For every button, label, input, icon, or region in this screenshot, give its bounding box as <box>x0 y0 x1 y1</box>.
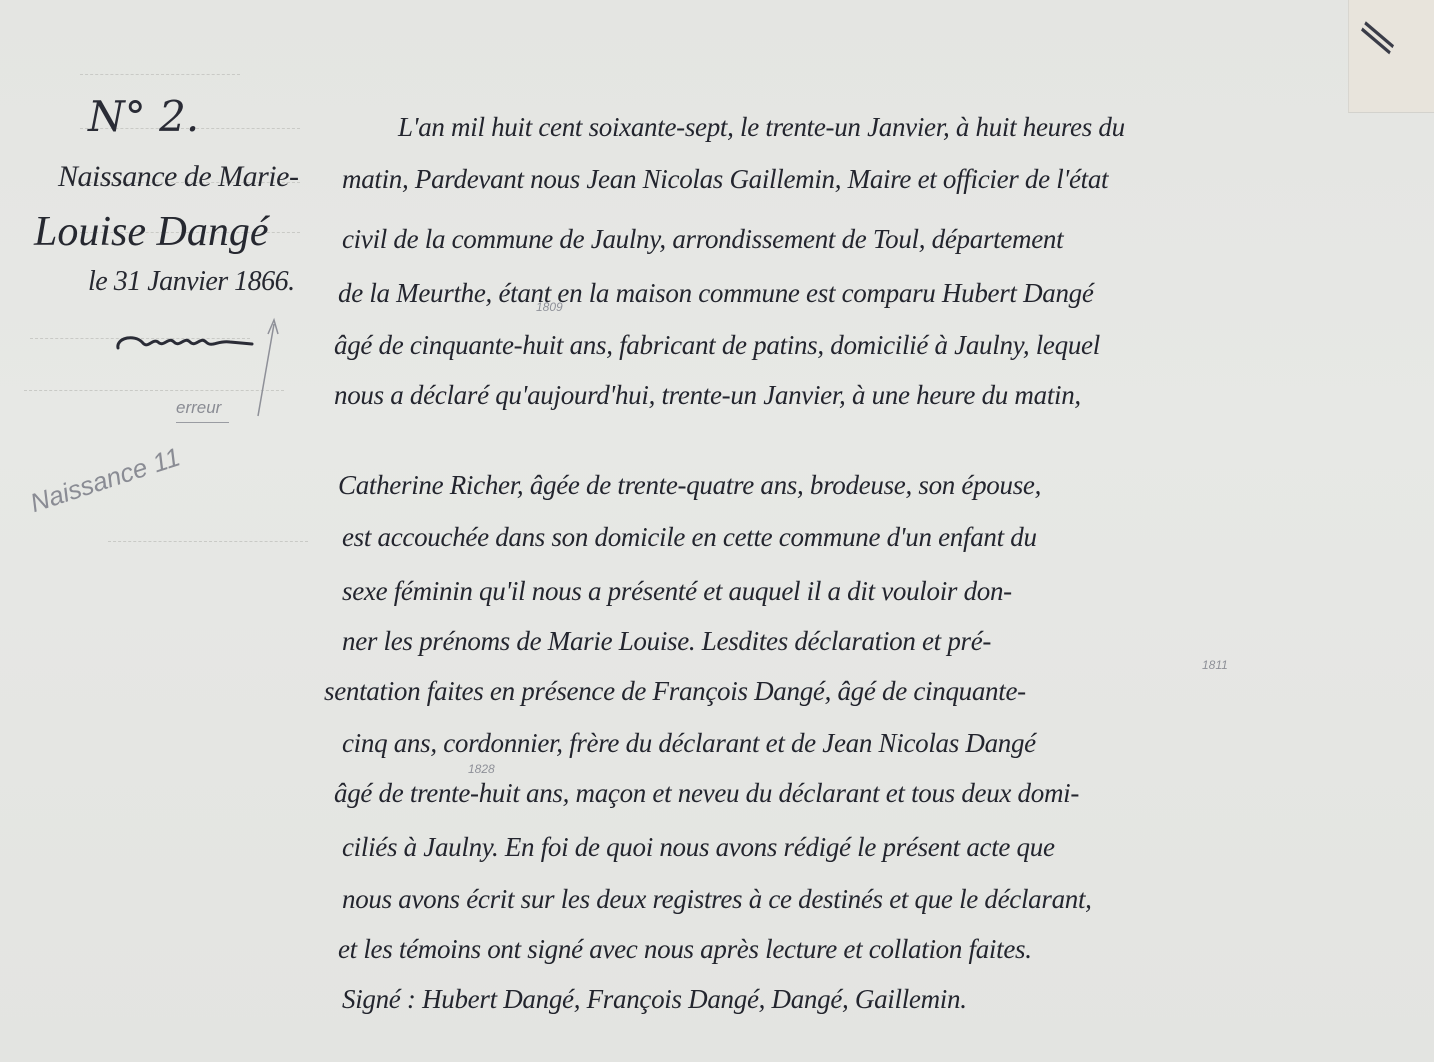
flourish-icon <box>112 320 262 360</box>
body-line-12: cinq ans, cordonnier, frère du déclarant… <box>342 728 1036 759</box>
body-line-14: ciliés à Jaulny. En foi de quoi nous avo… <box>342 832 1055 863</box>
body-line-3: civil de la commune de Jaulny, arrondiss… <box>342 224 1063 255</box>
body-line-11: sentation faites en présence de François… <box>324 676 1026 707</box>
body-line-13: âgé de trente-huit ans, maçon et neveu d… <box>334 778 1079 809</box>
document-page: // N° 2. Naissance de Marie- Louise Dang… <box>0 0 1434 1062</box>
body-line-5: âgé de cinquante-huit ans, fabricant de … <box>334 330 1100 361</box>
pencil-arrow-icon <box>252 310 282 420</box>
body-line-7: Catherine Richer, âgée de trente-quatre … <box>338 470 1041 501</box>
body-line-1: L'an mil huit cent soixante-sept, le tre… <box>398 112 1125 143</box>
margin-date-line: le 31 Janvier 1866. <box>88 266 295 298</box>
body-line-15: nous avons écrit sur les deux registres … <box>342 884 1092 915</box>
act-number: N° 2. <box>88 92 199 141</box>
body-line-8: est accouchée dans son domicile en cette… <box>342 522 1037 553</box>
paper-tab-corner <box>1348 0 1434 113</box>
record-body: L'an mil huit cent soixante-sept, le tre… <box>320 0 1350 1062</box>
margin-title-line-2: Louise Dangé <box>34 208 269 256</box>
pencil-year-1809: 1809 <box>536 300 563 314</box>
pencil-year-1811: 1811 <box>1202 658 1228 672</box>
body-line-2: matin, Pardevant nous Jean Nicolas Gaill… <box>342 164 1108 195</box>
pencil-note-naissance: Naissance 11 <box>26 441 184 519</box>
body-line-signatures: Signé : Hubert Dangé, François Dangé, Da… <box>342 984 967 1015</box>
body-line-10: ner les prénoms de Marie Louise. Lesdite… <box>342 626 991 657</box>
body-line-9: sexe féminin qu'il nous a présenté et au… <box>342 576 1012 607</box>
pencil-year-1828: 1828 <box>468 762 495 776</box>
pencil-note-erreur: erreur <box>176 398 229 423</box>
body-line-6: nous a déclaré qu'aujourd'hui, trente-un… <box>334 380 1081 411</box>
body-line-16: et les témoins ont signé avec nous après… <box>338 934 1032 965</box>
body-line-4: de la Meurthe, étant en la maison commun… <box>338 278 1094 309</box>
margin-column: N° 2. Naissance de Marie- Louise Dangé l… <box>0 0 320 1062</box>
margin-title-line-1: Naissance de Marie- <box>58 160 298 194</box>
